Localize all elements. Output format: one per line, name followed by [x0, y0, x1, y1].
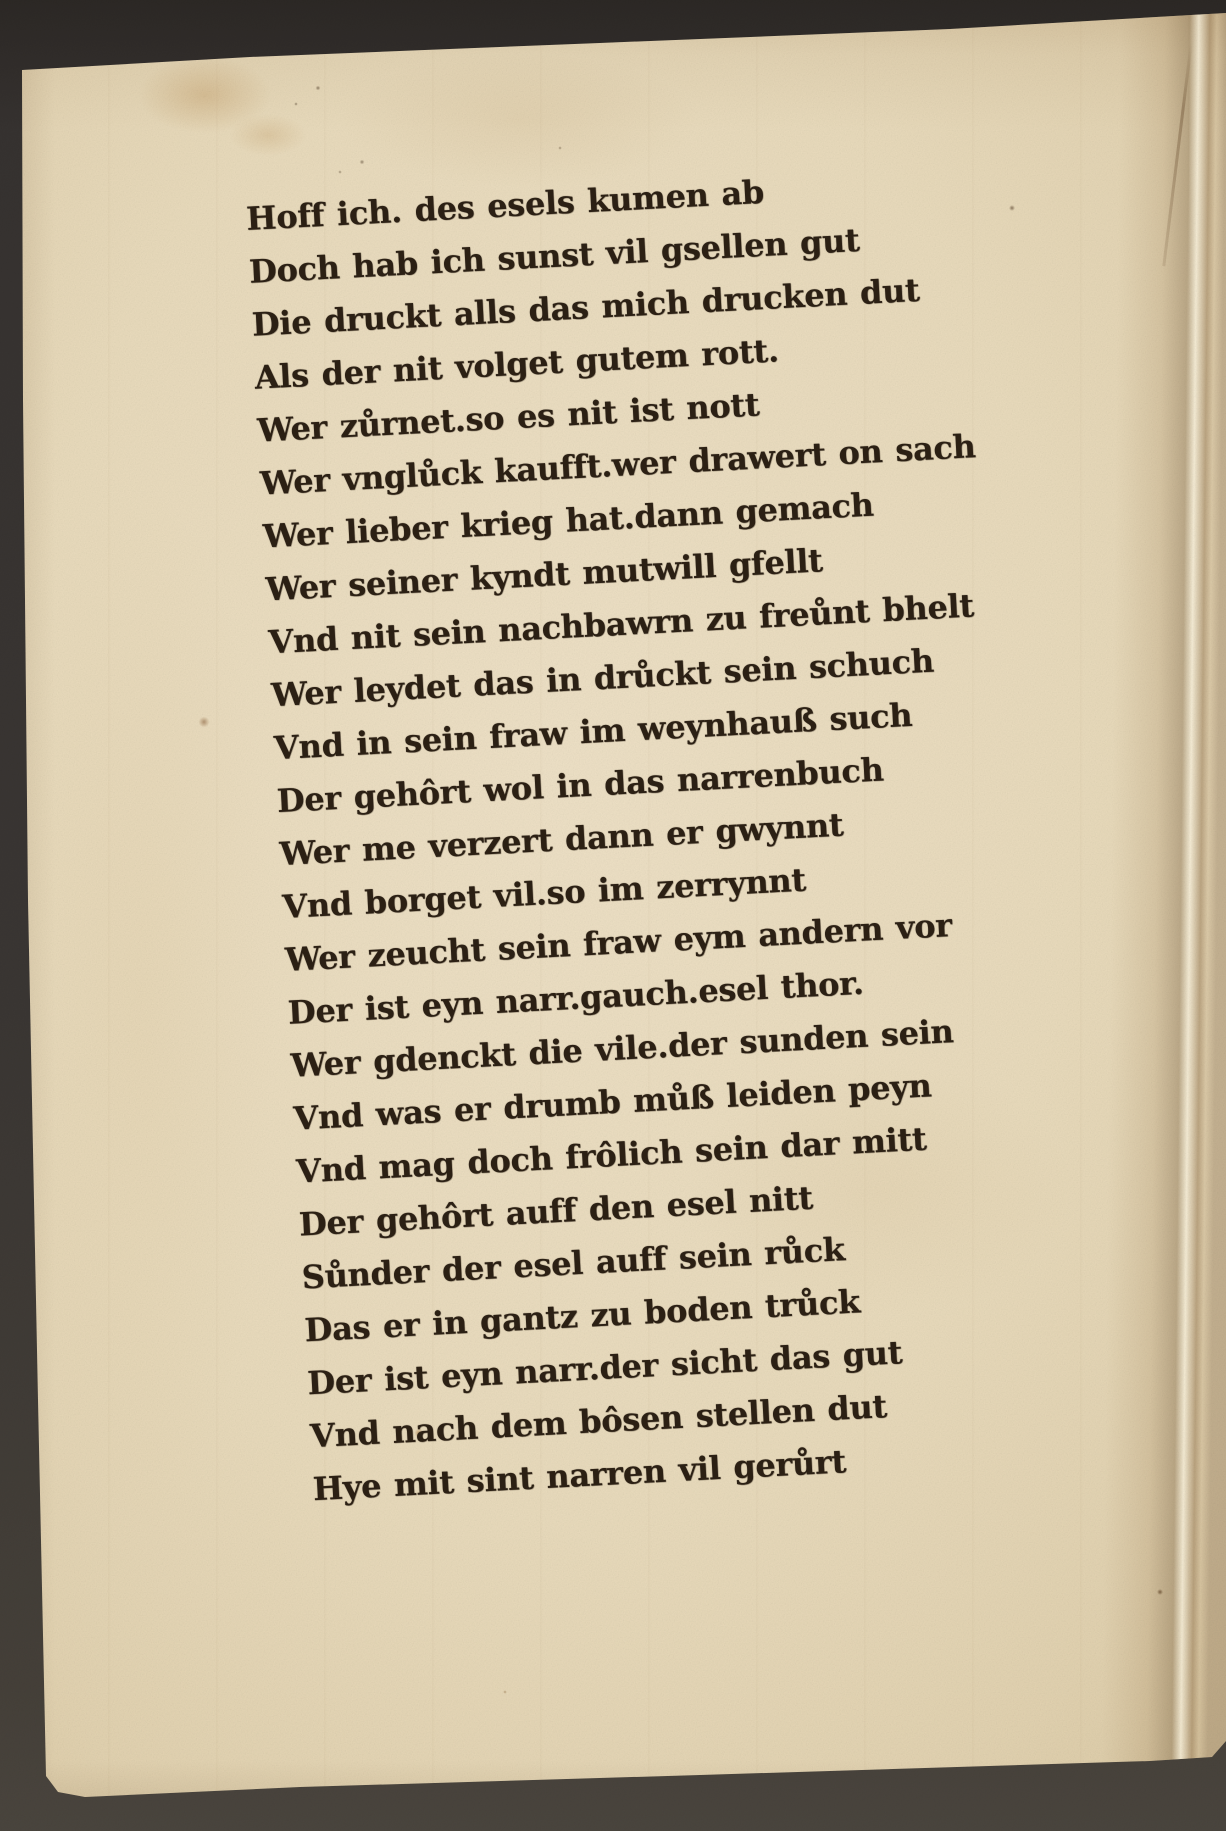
photo-backdrop: Hoff ich. des esels kumen ab Doch hab ic… [0, 0, 1226, 1831]
poem-text-block: Hoff ich. des esels kumen ab Doch hab ic… [245, 152, 1093, 1516]
book-page: Hoff ich. des esels kumen ab Doch hab ic… [0, 0, 1226, 1831]
